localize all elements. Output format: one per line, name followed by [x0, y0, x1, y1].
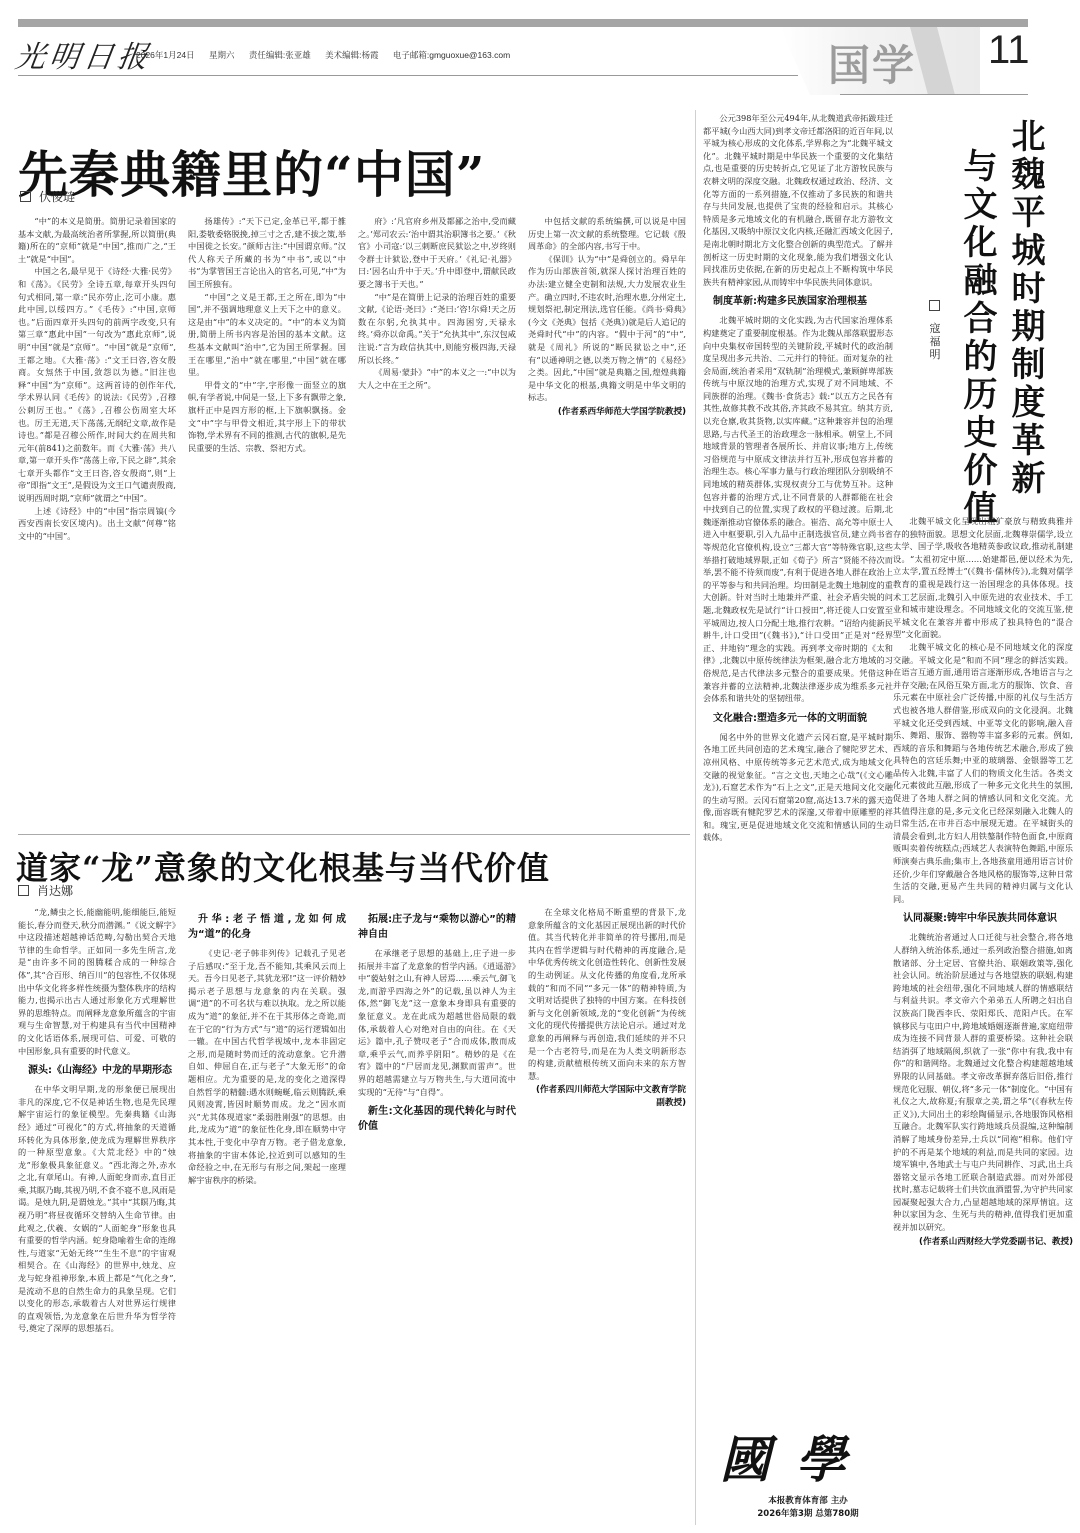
responsible-editor: 责任编辑:张亚雄: [249, 50, 311, 60]
paragraph: “龙,鳞虫之长,能幽能明,能细能巨,能短能长,春分而登天,秋分而潜渊。”《说文解…: [18, 906, 176, 1057]
section-organizer-note: 本报教育体育部 主办 2026年第3期 总第780期: [748, 1495, 868, 1521]
paragraph: 中国之名,最早见于《诗经·大雅·民劳》和《荡》。《民劳》全诗五章,每章开头四句句…: [18, 265, 176, 504]
subheading: 制度革新:构建多民族国家治理根基: [703, 294, 893, 309]
issue-number: 2026年第3期 总第780期: [748, 1508, 868, 1521]
paragraph: 公元398年至公元494年,从北魏道武帝拓跋珪迁都平城(今山西大同)到孝文帝迁都…: [703, 112, 893, 288]
article-1-body: “中”的本义是简册。简册记录着国家的基本文献,为最高统治者所掌握,所以简册(典籍…: [18, 215, 688, 805]
article-1-author: 伏俊琏: [39, 188, 75, 205]
column-divider: [695, 110, 696, 1525]
subheading: 认同凝聚:铸牢中华民族共同体意识: [893, 911, 1073, 926]
article-2-title[interactable]: 道家“龙”意象的文化根基与当代价值: [16, 843, 550, 889]
article-divider: [18, 834, 690, 835]
article-3-byline: 寇福明: [926, 300, 942, 362]
article-2-signature: (作者系四川师范大学国际中文教育学院副教授): [528, 1084, 686, 1109]
article-1-column-3: 府》:‘凡官府乡州及都鄙之治中,受而藏之。’郑司农云:‘治中谓其治职簿书之要。’…: [358, 215, 516, 805]
subheading: 新生:文化基因的现代转化与时代价值: [358, 1104, 516, 1134]
subheading: 文化融合:塑造多元一体的文明面貌: [703, 711, 893, 726]
article-3-column-1: 公元398年至公元494年,从北魏道武帝拓跋珪迁都平城(今山西大同)到孝文帝迁都…: [703, 112, 893, 1382]
byline-box-icon: [929, 300, 940, 311]
page-number: 11: [988, 28, 1030, 73]
paragraph: 北魏平城时期的文化实践,为古代国家治理体系构建奠定了重要制度根基。作为北魏从部落…: [703, 314, 893, 704]
article-1-column-1: “中”的本义是简册。简册记录着国家的基本文献,为最高统治者所掌握,所以简册(典籍…: [18, 215, 176, 805]
subheading: 拓展:庄子龙与“乘物以游心”的精神自由: [358, 912, 516, 942]
issue-date: 2026年1月24日: [136, 50, 195, 60]
art-editor: 美术编辑:杨霞: [325, 50, 378, 60]
paragraph: 扬雄传》:“天下已定,金革已平,都于雒阳,娄敬委辂脱挽,掉三寸之舌,建不拔之策,…: [188, 215, 346, 291]
paragraph: “中”是在简册上记录的治理百姓的重要文献,《论语·尧曰》:“尧曰:‘咨!尔舜!天…: [358, 291, 516, 367]
paragraph: 《史记·老子韩非列传》记载孔子见老子后感叹:“至于龙,吾不能知,其乘风云而上天。…: [188, 947, 346, 1186]
article-2-byline: 肖达娜: [18, 882, 73, 899]
paragraph: 北魏平城文化的核心是不同地域文化的深度交融。平城文化是“和而不同”理念的鲜活实践…: [893, 641, 1073, 905]
article-1-column-4: 中包括文献的系统编撰,可以说是中国历史上第一次文献的系统整理。它记载《殷周革命》…: [528, 215, 686, 805]
section-tab-rule: [840, 94, 1028, 95]
section-name: 国学: [828, 33, 916, 93]
article-2-column-2: 升华:老子悟道,龙如何成为“道”的化身 《史记·老子韩非列传》记载孔子见老子后感…: [188, 906, 346, 1531]
paragraph: 《保训》认为“中”是舜创立的。舜早年作为历山部族首领,就深人探讨治理百姓的办法:…: [528, 253, 686, 404]
article-3-title-line-2: 与文化融合的历史价值: [960, 148, 994, 528]
newspaper-logo: 光明日报: [13, 32, 155, 76]
article-3-title[interactable]: 北魏平城时期制度革新 与文化融合的历史价值: [960, 118, 1042, 528]
article-1-title[interactable]: 先秦典籍里的“中国”: [18, 135, 486, 207]
paragraph: 北魏平城文化呈现出粗犷豪放与精致典雅并存的独特面貌。思想文化层面,北魏尊崇儒学,…: [893, 515, 1073, 641]
byline-box-icon: [18, 885, 29, 896]
article-2-column-3: 拓展:庄子龙与“乘物以游心”的精神自由 在承继老子思想的基础上,庄子进一步拓展并…: [358, 906, 516, 1531]
article-1-signature: (作者系西华师范大学国学院教授): [528, 406, 686, 419]
paragraph: 在中华文明早期,龙的形象便已展现出非凡的深度,它不仅是神话生物,也是先民理解宇宙…: [18, 1083, 176, 1335]
paragraph: 甲骨文的“中”字,字形像一面竖立的旗帜,有学者说,中间是一竖,上下多有飘带之象,…: [188, 379, 346, 455]
contact-email[interactable]: 电子邮箱:gmguoxue@163.com: [393, 50, 510, 60]
article-2-column-4: 在全球文化格局不断重塑的背景下,龙意象所蕴含的文化基因正展现出新的时代价值。其当…: [528, 906, 686, 1531]
paragraph: “中”的本义是简册。简册记录着国家的基本文献,为最高统治者所掌握,所以简册(典籍…: [18, 215, 176, 265]
article-2-body: “龙,鳞虫之长,能幽能明,能细能巨,能短能长,春分而登天,秋分而潜渊。”《说文解…: [18, 906, 690, 1531]
masthead-rule: [18, 75, 798, 76]
article-2-author: 肖达娜: [37, 882, 73, 899]
organizer: 本报教育体育部 主办: [748, 1495, 868, 1508]
paragraph: “中国”之义是王都,王之所在,即为“中国”,并不强调地理意义上天下之中的意义。这…: [188, 291, 346, 379]
paragraph: 中包括文献的系统编撰,可以说是中国历史上第一次文献的系统整理。它记载《殷周革命》…: [528, 215, 686, 253]
issue-weekday: 星期六: [209, 50, 235, 60]
subheading: 升华:老子悟道,龙如何成为“道”的化身: [188, 912, 346, 942]
article-2-column-1: “龙,鳞虫之长,能幽能明,能细能巨,能短能长,春分而登天,秋分而潜渊。”《说文解…: [18, 906, 176, 1531]
paragraph: 在承继老子思想的基础上,庄子进一步拓展并丰富了龙意象的哲学内涵。《逍遥游》中“藐…: [358, 947, 516, 1098]
paragraph: 闻名中外的世界文化遗产云冈石窟,是平城时期各地工匠共同创造的艺术瑰宝,融合了犍陀…: [703, 731, 893, 844]
masthead-top-bar: [18, 19, 1028, 27]
byline-box-icon: [20, 191, 31, 202]
subheading: 源头:《山海经》中龙的早期形态: [18, 1063, 176, 1078]
article-1-column-2: 扬雄传》:“天下已定,金革已平,都于雒阳,娄敬委辂脱挽,掉三寸之舌,建不拔之策,…: [188, 215, 346, 805]
paragraph: 在全球文化格局不断重塑的背景下,龙意象所蕴含的文化基因正展现出新的时代价值。其当…: [528, 906, 686, 1082]
article-3-column-2: 北魏平城文化呈现出粗犷豪放与精致典雅并存的独特面貌。思想文化层面,北魏尊崇儒学,…: [893, 515, 1073, 1525]
paragraph: 府》:‘凡官府乡州及都鄙之治中,受而藏之。’郑司农云:‘治中谓其治职簿书之要。’…: [358, 215, 516, 291]
paragraph: 上述《诗经》中的“中国”指宗周镐(今西安西南长安区境内)。出土文献“何尊”铭文中…: [18, 505, 176, 543]
masthead-meta: 2026年1月24日 星期六 责任编辑:张亚雄 美术编辑:杨霞 电子邮箱:gmg…: [136, 49, 522, 61]
guoxue-calligraphy-logo: 國學: [720, 1420, 872, 1492]
paragraph: 《周易·蒙卦》“中”的本义之一:“中以为大人之中在王之所”。: [358, 366, 516, 391]
section-tab: 国学: [780, 27, 1080, 95]
article-3-signature: (作者系山西财经大学党委副书记、教授): [893, 1236, 1073, 1249]
paragraph: 北魏统治者通过人口迁徙与社会整合,将各地人群纳入统治体系,通过一系列政治整合措施…: [893, 931, 1073, 1233]
article-3-author: 寇福明: [928, 323, 941, 362]
article-1-byline: 伏俊琏: [20, 188, 75, 205]
article-3-title-line-1: 北魏平城时期制度革新: [1008, 118, 1042, 528]
